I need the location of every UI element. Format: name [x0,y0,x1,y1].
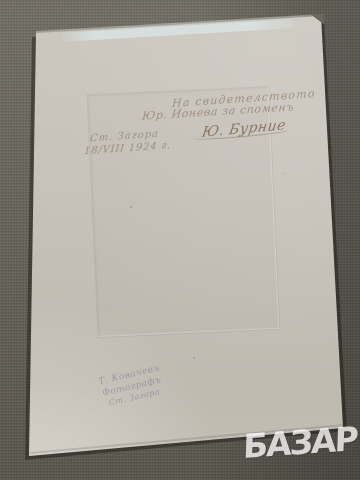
bazar-watermark: БАЗАР [243,422,358,463]
age-speck [130,206,132,208]
age-speck [109,305,110,307]
photographed-card-scene: На свидетелството Юр. Ионева за споменъ … [0,0,360,480]
age-speck [193,357,195,359]
age-speck [282,173,284,174]
